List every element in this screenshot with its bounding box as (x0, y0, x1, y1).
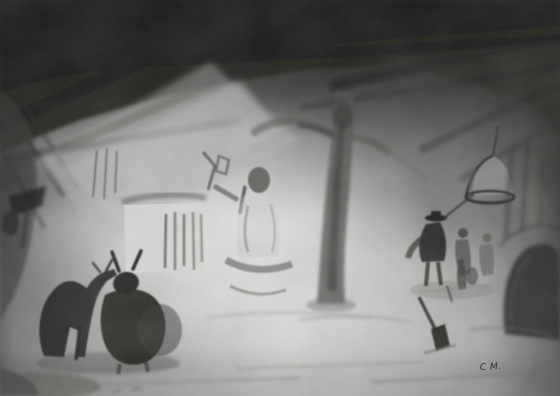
drawing-scene: C M. (0, 0, 560, 396)
grain-texture-light (0, 0, 560, 396)
charcoal-drawing: C M. (0, 0, 560, 396)
